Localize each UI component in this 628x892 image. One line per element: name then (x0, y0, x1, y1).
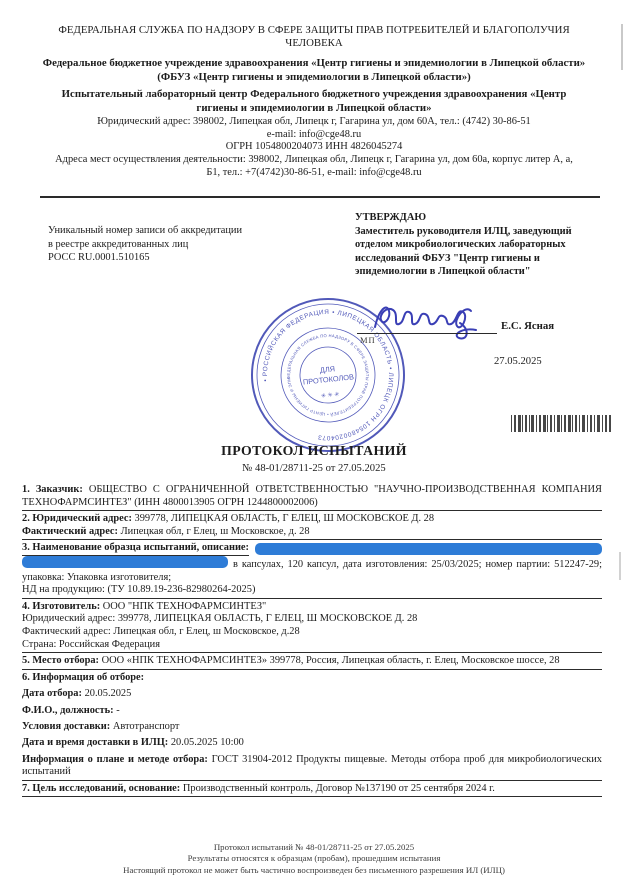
ogrn-inn: ОГРН 1054800204073 ИНН 4826045274 (14, 141, 614, 154)
footer-results-note: Результаты относятся к образцам (пробам)… (0, 853, 628, 864)
stamp-center-line2: ПРОТОКОЛОВ (303, 372, 355, 386)
activity-addresses: Адреса мест осуществления деятельности: … (29, 154, 599, 179)
sampling-date-row: Дата отбора: 20.05.2025 (22, 688, 602, 701)
header-contact-block: Юридический адрес: 398002, Липецкая обл,… (14, 116, 614, 154)
page-footer: Протокол испытаний № 48-01/28711-25 от 2… (0, 842, 628, 876)
accreditation-line2: в реестре аккредитованных лиц (48, 238, 298, 252)
customer-value: ОБЩЕСТВО С ОГРАНИЧЕННОЙ ОТВЕТСТВЕННОСТЬЮ… (22, 484, 602, 508)
sampling-place-label: 5. Место отбора: (22, 655, 99, 666)
approver-position: Заместитель руководителя ИЛЦ, заведующий… (355, 225, 593, 278)
sampler-row: Ф.И.О., должность: - (22, 705, 602, 718)
testing-center-name: Испытательный лабораторный центр Федерал… (34, 88, 594, 115)
legal-address-label: 2. Юридический адрес: (22, 513, 132, 524)
accreditation-note: Уникальный номер записи об аккредитации … (48, 224, 298, 265)
sampling-date-value: 20.05.2025 (85, 688, 132, 699)
section-manufacturer: 4. Изготовитель: ООО "НПК ТЕХНОФАРМСИНТЕ… (22, 601, 602, 653)
approval-title: УТВЕРЖДАЮ (355, 211, 593, 224)
barcode (511, 415, 612, 432)
stamp-center-line1: ДЛЯ (319, 364, 335, 375)
approval-date: 27.05.2025 (494, 356, 542, 367)
institution-name-line2: (ФБУЗ «Центр гигиены и эпидемиологии в Л… (14, 71, 614, 85)
sampling-place-value: ООО «НПК ТЕХНОФАРМСИНТЕЗ» 399778, Россия… (102, 655, 560, 666)
sampler-value: - (116, 705, 119, 716)
testing-center-line1: Испытательный лабораторный центр Федерал… (34, 88, 594, 102)
sample-nd-row: НД на продукцию: (ТУ 10.89.19-236-829802… (22, 584, 602, 597)
delivery-datetime-row: Дата и время доставки в ИЛЦ: 20.05.2025 … (22, 737, 602, 750)
testing-center-line2: гигиены и эпидемиологии в Липецкой облас… (34, 102, 594, 116)
delivery-conditions-row: Условия доставки: Автотранспорт (22, 721, 602, 734)
section-sampling-place: 5. Место отбора: ООО «НПК ТЕХНОФАРМСИНТЕ… (22, 655, 602, 670)
sampling-method-label: Информация о плане и методе отбора: (22, 754, 208, 765)
actual-address-label: Фактический адрес: (22, 526, 118, 537)
sampling-date-label: Дата отбора: (22, 688, 82, 699)
activity-addresses-line2: Б1, тел.: +7(4742)30-86-51, e-mail: info… (29, 167, 599, 180)
signature (372, 299, 480, 345)
customer-label: 1. Заказчик: (22, 484, 83, 495)
manufacturer-actual-address: Фактический адрес: Липецкая обл, г Елец,… (22, 626, 602, 639)
manufacturer-row: 4. Изготовитель: ООО "НПК ТЕХНОФАРМСИНТЕ… (22, 601, 602, 614)
purpose-value: Производственный контроль, Договор №1371… (183, 783, 495, 794)
redaction-bar (22, 556, 228, 568)
sampling-method-row: Информация о плане и методе отбора: ГОСТ… (22, 754, 602, 779)
scan-artifact (621, 24, 623, 70)
approval-block: УТВЕРЖДАЮ Заместитель руководителя ИЛЦ, … (355, 211, 593, 278)
sample-description: в капсулах, 120 капсул, дата изготовлени… (22, 556, 602, 584)
section-customer: 1. Заказчик: ОБЩЕСТВО С ОГРАНИЧЕННОЙ ОТВ… (22, 484, 602, 511)
legal-address-value: 399778, ЛИПЕЦКАЯ ОБЛАСТЬ, Г ЕЛЕЦ, Ш МОСК… (135, 513, 435, 524)
section-sampling-info: 6. Информация об отборе: Дата отбора: 20… (22, 672, 602, 781)
section-customer-address: 2. Юридический адрес: 399778, ЛИПЕЦКАЯ О… (22, 513, 602, 540)
sample-name-row: 3. Наименование образца испытаний, описа… (22, 542, 602, 556)
stamp-stars: ✳ ✳ ✳ (321, 391, 340, 400)
scan-artifact (619, 552, 621, 580)
delivery-datetime-value: 20.05.2025 10:00 (171, 737, 244, 748)
footer-protocol-ref: Протокол испытаний № 48-01/28711-25 от 2… (0, 842, 628, 853)
section-sample: 3. Наименование образца испытаний, описа… (22, 542, 602, 598)
customer-legal-address-row: 2. Юридический адрес: 399778, ЛИПЕЦКАЯ О… (22, 513, 602, 526)
delivery-datetime-label: Дата и время доставки в ИЛЦ: (22, 737, 168, 748)
delivery-conditions-label: Условия доставки: (22, 721, 110, 732)
manufacturer-country: Страна: Российская Федерация (22, 639, 602, 652)
federal-service-line2: ЧЕЛОВЕКА (44, 37, 584, 50)
approver-name: Е.С. Ясная (501, 320, 554, 332)
footer-reproduction-note: Настоящий протокол не может быть частичн… (0, 865, 628, 876)
sample-label: 3. Наименование образца испытаний, описа… (22, 542, 249, 556)
sampler-label: Ф.И.О., должность: (22, 705, 114, 716)
manufacturer-label: 4. Изготовитель: (22, 601, 100, 612)
institution-name-line1: Федеральное бюджетное учреждение здравоо… (14, 57, 614, 71)
federal-service-line1: ФЕДЕРАЛЬНАЯ СЛУЖБА ПО НАДЗОРУ В СФЕРЕ ЗА… (44, 24, 584, 37)
email: e-mail: info@cge48.ru (14, 129, 614, 142)
delivery-conditions-value: Автотранспорт (113, 721, 180, 732)
signature-line (357, 333, 497, 334)
sampling-info-label: 6. Информация об отборе: (22, 672, 602, 685)
scanned-protocol-document: ФЕДЕРАЛЬНАЯ СЛУЖБА ПО НАДЗОРУ В СФЕРЕ ЗА… (0, 0, 628, 892)
redaction-bar (255, 543, 602, 555)
accreditation-number: РОСС RU.0001.510165 (48, 251, 298, 265)
customer-actual-address-row: Фактический адрес: Липецкая обл, г Елец,… (22, 526, 602, 539)
accreditation-line1: Уникальный номер записи об аккредитации (48, 224, 298, 238)
protocol-title: ПРОТОКОЛ ИСПЫТАНИЙ (0, 443, 628, 459)
actual-address-value: Липецкая обл, г Елец, ш Московское, д. 2… (121, 526, 310, 537)
protocol-body: 1. Заказчик: ОБЩЕСТВО С ОГРАНИЧЕННОЙ ОТВ… (22, 484, 602, 799)
manufacturer-legal-address: Юридический адрес: 399778, ЛИПЕЦКАЯ ОБЛА… (22, 613, 602, 626)
protocol-number: № 48-01/28711-25 от 27.05.2025 (0, 463, 628, 474)
legal-address: Юридический адрес: 398002, Липецкая обл,… (14, 116, 614, 129)
purpose-label: 7. Цель исследований, основание: (22, 783, 180, 794)
section-purpose: 7. Цель исследований, основание: Произво… (22, 783, 602, 798)
institution-name: Федеральное бюджетное учреждение здравоо… (14, 57, 614, 84)
mp-mark: МП (360, 335, 376, 345)
header-divider (40, 196, 600, 198)
activity-addresses-line1: Адреса мест осуществления деятельности: … (29, 154, 599, 167)
federal-service-name: ФЕДЕРАЛЬНАЯ СЛУЖБА ПО НАДЗОРУ В СФЕРЕ ЗА… (44, 24, 584, 50)
manufacturer-value: ООО "НПК ТЕХНОФАРМСИНТЕЗ" (103, 601, 267, 612)
